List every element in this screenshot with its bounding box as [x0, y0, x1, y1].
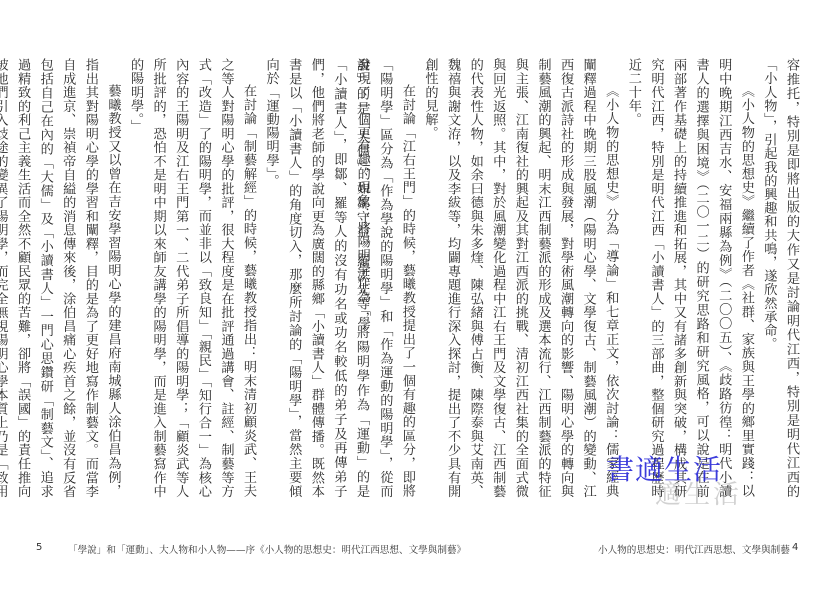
- running-header: 「學說」和「運動」、大人物和小人物——序《小人物的思想史：明代江西思想、文學與制…: [68, 542, 466, 556]
- page-number: 5: [36, 542, 42, 553]
- watermark-ghost: 適生活: [655, 474, 742, 511]
- paragraph: 在討論「制藝解經」的時候，藝曦教授指出：明末清初顧炎武、王夫之等人對陽明心學的批…: [123, 58, 259, 498]
- paragraph: 藝曦教授又以曾在吉安學習陽明心學的建昌府南城縣人涂伯昌為例，指出其對陽明心學的學…: [0, 58, 123, 498]
- running-header: 小人物的思想史：明代江西思想、文學與制藝: [598, 542, 790, 556]
- paragraph: 《小人物的思想史》分為「導論」和七章正文，依次討論：儒家經典闡釋過程中晚期三股風…: [418, 58, 621, 498]
- paragraph: 容推托，特別是即將出版的大作又是討論明代江西，特別是明代江西的「小人物」，引起我…: [757, 58, 802, 498]
- paragraph: 《小人物的思想史》繼續了作者《社群、家族與王學的鄉里實踐：以明中晚期江西吉水、安…: [621, 58, 757, 498]
- right-page: 容推托，特別是即將出版的大作又是討論明代江西，特別是明代江西的「小人物」，引起我…: [418, 0, 836, 598]
- page-number: 4: [792, 542, 798, 553]
- right-page-body: 容推托，特別是即將出版的大作又是討論明代江西，特別是明代江西的「小人物」，引起我…: [472, 58, 802, 498]
- paragraph: 在討論「江右王門」的時候，藝曦教授提出了一個有趣的區分，即將「陽明學」區分為「作…: [350, 58, 418, 498]
- left-page-body: 說」的是「大儒」，如鄒守益、羅洪先等，將陽明學作為「運動」的是「小讀書人」，即鄒…: [32, 58, 372, 498]
